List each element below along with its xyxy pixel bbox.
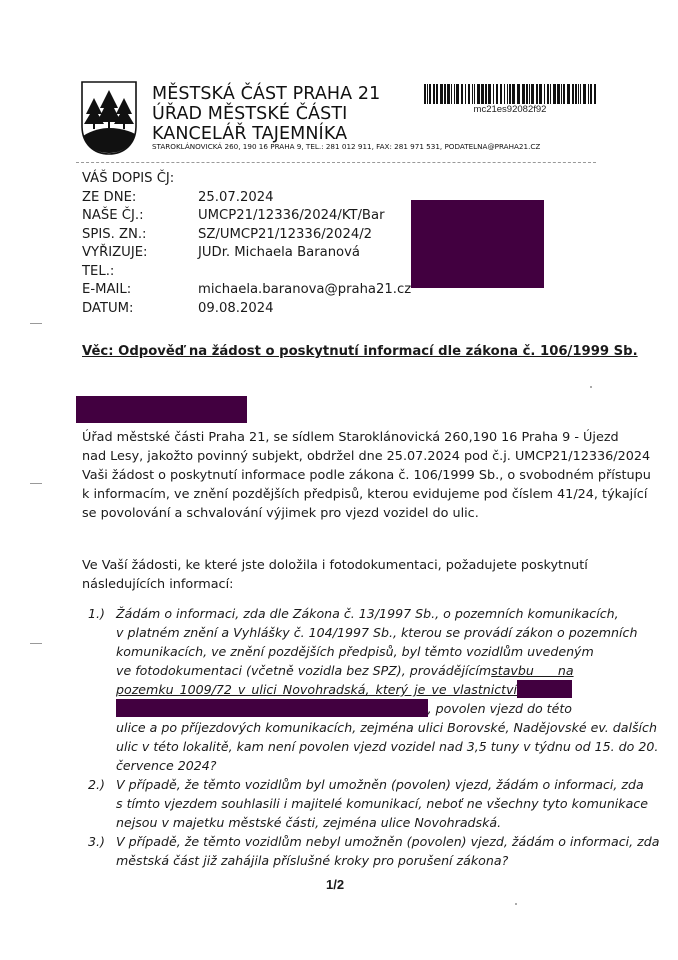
request-item-3: 3.) V případě, že těmto vozidlům nebyl u… [88, 832, 572, 870]
meta-value: UMCP21/12336/2024/KT/Bar [198, 207, 385, 226]
margin-mark [30, 483, 42, 484]
intro-line: Vaši žádost o poskytnutí informace podle… [82, 466, 572, 485]
request-line: následujících informací: [82, 575, 572, 594]
request-line: Ve Vaší žádosti, ke které jste doložila … [82, 556, 572, 575]
meta-label: VYŘIZUJE: [82, 244, 198, 263]
item-line: Žádám o informaci, zda dle Zákona č. 13/… [116, 604, 572, 623]
redacted-salutation [76, 396, 247, 423]
request-paragraph: Ve Vaší žádosti, ke které jste doložila … [82, 556, 572, 594]
letterhead-address: STAROKLÁNOVICKÁ 260, 190 16 PRAHA 9, TEL… [152, 142, 540, 151]
meta-label: TEL.: [82, 263, 198, 282]
letterhead-line-3: KANCELÁŘ TAJEMNÍKA [152, 124, 347, 144]
meta-row-date-received: ZE DNE: 25.07.2024 [82, 189, 411, 208]
meta-value: 25.07.2024 [198, 189, 274, 208]
margin-mark [30, 643, 42, 644]
meta-label: NAŠE ČJ.: [82, 207, 198, 226]
scan-speck [590, 386, 592, 388]
meta-label: DATUM: [82, 300, 198, 319]
subject-line: Věc: Odpověď na žádost o poskytnutí info… [82, 344, 638, 359]
barcode-text: mc21es92082f92 [424, 104, 596, 115]
item-line-text: ve fotodokumentaci (včetně vozidla bez S… [116, 661, 491, 680]
reference-block: VÁŠ DOPIS ČJ: ZE DNE: 25.07.2024 NAŠE ČJ… [82, 170, 411, 318]
item-line: s tímto vjezdem souhlasili i majitelé ko… [116, 794, 572, 813]
meta-label: SPIS. ZN.: [82, 226, 198, 245]
item-number: 3.) [88, 832, 105, 851]
intro-line: k informacím, ve znění pozdějších předpi… [82, 485, 572, 504]
meta-label: E-MAIL: [82, 281, 198, 300]
margin-mark [30, 323, 42, 324]
item-line: ve fotodokumentaci (včetně vozidla bez S… [116, 661, 572, 680]
item-line: července 2024? [116, 756, 572, 775]
redacted-owner-name [517, 680, 572, 698]
item-line: v platném znění a Vyhlášky č. 104/1997 S… [116, 623, 572, 642]
meta-value: JUDr. Michaela Baranová [198, 244, 360, 263]
meta-row-handled-by: VYŘIZUJE: JUDr. Michaela Baranová [82, 244, 411, 263]
item-line: V případě, že těmto vozidlům byl umožněn… [116, 775, 572, 794]
letterhead-line-1: MĚSTSKÁ ČÁST PRAHA 21 [152, 84, 380, 104]
item-line: , povolen vjezd do této [116, 699, 572, 718]
redacted-owner-name-cont [116, 699, 428, 717]
meta-value: SZ/UMCP21/12336/2024/2 [198, 226, 372, 245]
barcode [424, 84, 596, 104]
page-number: 1/2 [326, 877, 344, 892]
item-line: městská část již zahájila příslušné krok… [116, 851, 572, 870]
item-line: ulice a po příjezdových komunikacích, ze… [116, 718, 572, 737]
request-item-2: 2.) V případě, že těmto vozidlům byl umo… [88, 775, 572, 832]
item-line-underlined: stavbu na [491, 661, 573, 680]
item-number: 1.) [88, 604, 105, 623]
item-line-underlined: pozemku 1009/72 v ulici Novohradská, kte… [116, 680, 517, 699]
meta-row-our-ref: NAŠE ČJ.: UMCP21/12336/2024/KT/Bar [82, 207, 411, 226]
header-divider [76, 162, 596, 163]
intro-line: se povolování a schvalování výjimek pro … [82, 504, 572, 523]
meta-row-your-letter: VÁŠ DOPIS ČJ: [82, 170, 411, 189]
meta-row-date: DATUM: 09.08.2024 [82, 300, 411, 319]
meta-row-file-ref: SPIS. ZN.: SZ/UMCP21/12336/2024/2 [82, 226, 411, 245]
redacted-recipient-address [411, 200, 544, 288]
meta-label: VÁŠ DOPIS ČJ: [82, 170, 198, 189]
item-number: 2.) [88, 775, 105, 794]
item-line: V případě, že těmto vozidlům nebyl umožn… [116, 832, 572, 851]
item-line-text: , povolen vjezd do této [428, 699, 572, 718]
coat-of-arms-trees-icon [80, 80, 138, 156]
request-items-list: 1.) Žádám o informaci, zda dle Zákona č.… [88, 604, 572, 870]
item-line: pozemku 1009/72 v ulici Novohradská, kte… [116, 680, 572, 699]
meta-row-phone: TEL.: [82, 263, 411, 282]
intro-line: nad Lesy, jakožto povinný subjekt, obdrž… [82, 447, 572, 466]
intro-line: Úřad městské části Praha 21, se sídlem S… [82, 428, 572, 447]
meta-label: ZE DNE: [82, 189, 198, 208]
intro-paragraph: Úřad městské části Praha 21, se sídlem S… [82, 428, 572, 523]
meta-value: michaela.baranova@praha21.cz [198, 281, 411, 300]
meta-row-email: E-MAIL: michaela.baranova@praha21.cz [82, 281, 411, 300]
meta-value: 09.08.2024 [198, 300, 274, 319]
item-line: ulic v této lokalitě, kam není povolen v… [116, 737, 572, 756]
scan-speck [515, 903, 517, 905]
letterhead-line-2: ÚŘAD MĚSTSKÉ ČÁSTI [152, 104, 347, 124]
request-item-1: 1.) Žádám o informaci, zda dle Zákona č.… [88, 604, 572, 775]
item-line: nejsou v majetku městské části, zejména … [116, 813, 572, 832]
item-line: komunikacích, ve znění pozdějších předpi… [116, 642, 572, 661]
